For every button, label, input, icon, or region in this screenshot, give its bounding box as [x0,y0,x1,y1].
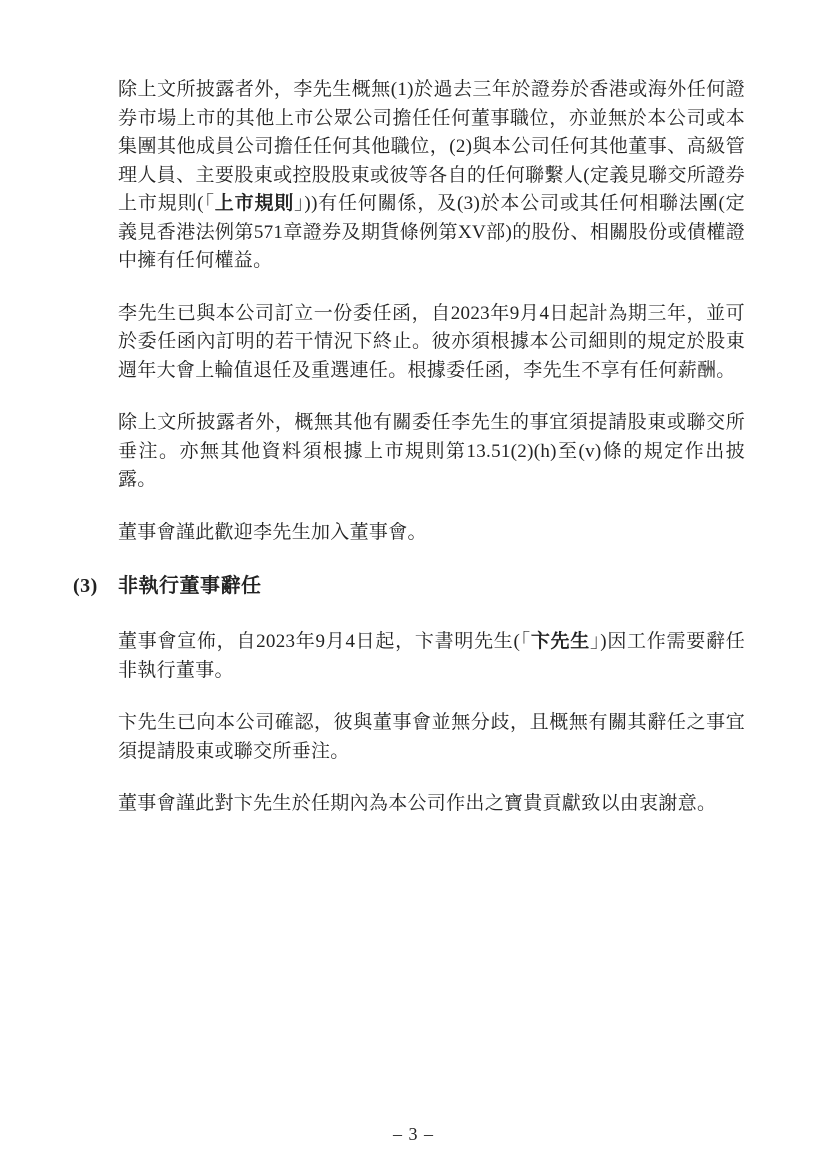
document-body: 除上文所披露者外，李先生概無(1)於過去三年於證券於香港或海外任何證券市場上市的… [73,76,745,843]
bold-text-run: 非執行董事辭任 [118,575,262,597]
bold-text-run: 卞先生 [531,631,590,652]
document-page: 除上文所披露者外，李先生概無(1)於過去三年於證券於香港或海外任何證券市場上市的… [0,0,827,1169]
text-run: 卞先生已向本公司確認，彼與董事會並無分歧，且概無有關其辭任之事宜須提請股東或聯交… [118,712,745,762]
paragraph: 卞先生已向本公司確認，彼與董事會並無分歧，且概無有關其辭任之事宜須提請股東或聯交… [118,709,745,766]
text-run: 董事會謹此歡迎李先生加入董事會。 [118,522,427,543]
paragraph: 除上文所披露者外，概無其他有關委任李先生的事宜須提請股東或聯交所垂注。亦無其他資… [118,409,745,495]
page-number-footer: – 3 – [0,1122,827,1146]
section-heading: (3)非執行董事辭任 [73,571,745,601]
paragraph: 董事會謹此歡迎李先生加入董事會。 [118,519,745,548]
section-title: 非執行董事辭任 [118,571,262,601]
bold-text-run: 上市規則 [215,193,294,214]
paragraph: 董事會宣佈，自2023年9月4日起，卞書明先生(「卞先生」)因工作需要辭任非執行… [118,628,745,685]
text-run: 董事會宣佈，自2023年9月4日起，卞書明先生(「 [118,631,531,652]
text-run: 除上文所披露者外，概無其他有關委任李先生的事宜須提請股東或聯交所垂注。亦無其他資… [118,412,745,490]
paragraph: 董事會謹此對卞先生於任期內為本公司作出之寶貴貢獻致以由衷謝意。 [118,790,745,819]
text-run: 董事會謹此對卞先生於任期內為本公司作出之寶貴貢獻致以由衷謝意。 [118,793,716,814]
paragraph: 李先生已與本公司訂立一份委任函，自2023年9月4日起計為期三年，並可於委任函內… [118,300,745,386]
section-number: (3) [73,571,118,601]
text-run: 李先生已與本公司訂立一份委任函，自2023年9月4日起計為期三年，並可於委任函內… [118,303,745,381]
paragraph: 除上文所披露者外，李先生概無(1)於過去三年於證券於香港或海外任何證券市場上市的… [118,76,745,276]
